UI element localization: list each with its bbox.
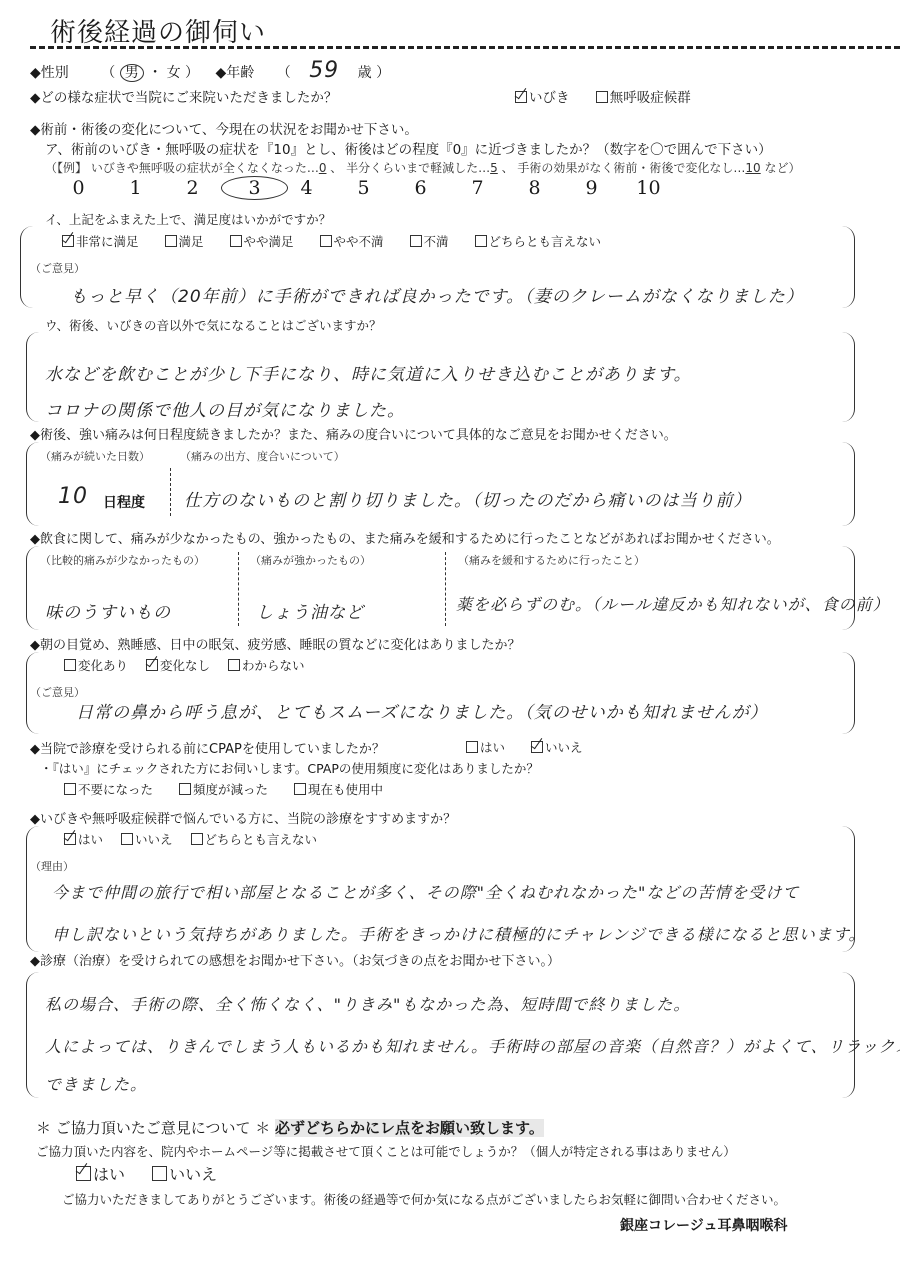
checkbox[interactable]	[320, 235, 332, 247]
checkbox[interactable]	[152, 1166, 167, 1181]
pain-degree-text[interactable]: 仕方のないものと割り切りました。（切ったのだから痛いのは当り前）	[184, 486, 752, 511]
bracket-left	[26, 442, 39, 526]
bracket-right	[842, 546, 855, 630]
food-col1-label: （比較的痛みが少なかったもの）	[40, 552, 205, 568]
food-col1-text[interactable]: 味のうすいもの	[45, 598, 171, 623]
other-concerns-answer-line-1[interactable]: 水などを飲むことが少し下手になり、時に気道に入りせき込むことがあります。	[45, 360, 692, 385]
scale-10[interactable]: 10	[620, 177, 677, 199]
scale-3-selected[interactable]: 3	[221, 176, 278, 200]
bracket-left	[26, 332, 39, 422]
change-subquestion: ア、術前のいびき・無呼吸の症状を『10』とし、術後はどの程度『0』に近づきました…	[45, 138, 772, 158]
cpap-question: ◆当院で診療を受けられる前にCPAPを使用していましたか？	[30, 738, 385, 757]
cpap-followup-option-unneeded[interactable]: 不要になった	[64, 780, 153, 798]
recommend-option-yes[interactable]: はい	[64, 830, 103, 848]
bracket-right	[842, 226, 855, 308]
checkbox-checked[interactable]	[531, 741, 543, 753]
rating-scale: 012345678910	[50, 176, 677, 200]
checkbox-checked[interactable]	[515, 91, 527, 103]
satisfaction-option-somewhat-satisfied[interactable]: やや満足	[230, 232, 294, 250]
symptom-option-snoring[interactable]: いびき	[515, 86, 570, 106]
scale-8[interactable]: 8	[506, 177, 563, 199]
gender-option-female[interactable]: 女	[167, 65, 181, 81]
column-divider	[238, 552, 239, 626]
reason-label: （理由）	[30, 858, 74, 874]
checkbox[interactable]	[191, 833, 203, 845]
age-unit: 歳	[358, 65, 372, 81]
pain-days-unit: 日程度	[103, 492, 145, 512]
satisfaction-option-very-satisfied[interactable]: 非常に満足	[62, 232, 139, 250]
checkbox-checked[interactable]	[64, 833, 76, 845]
consent-question: ご協力頂いた内容を、院内やホームページ等に掲載させて頂くことは可能でしょうか？（…	[36, 1142, 736, 1160]
bracket-left	[26, 972, 39, 1098]
basic-info-row: ◆性別 （ 男 ・ 女 ） ◆年齢 （ 59 歳 ）	[30, 58, 390, 83]
cpap-option-no[interactable]: いいえ	[531, 738, 583, 756]
column-divider	[445, 552, 446, 626]
checkbox[interactable]	[64, 783, 76, 795]
change-question: ◆術前・術後の変化について、今現在の状況をお聞かせ下さい。	[30, 118, 418, 138]
sleep-option-unknown[interactable]: わからない	[228, 656, 305, 674]
checkbox[interactable]	[466, 741, 478, 753]
clinic-name: 銀座コレージュ耳鼻咽喉科	[620, 1215, 787, 1235]
scale-7[interactable]: 7	[449, 177, 506, 199]
cpap-option-yes[interactable]: はい	[466, 738, 505, 756]
bracket-left	[26, 826, 39, 952]
consent-emphasis: 必ずどちらかにレ点をお願い致します。	[275, 1119, 544, 1137]
satisfaction-option-satisfied[interactable]: 満足	[165, 232, 204, 250]
pain-days-label: （痛みが続いた日数）	[40, 448, 150, 464]
impression-answer-line-2[interactable]: 人によっては、りきんでしまう人もいるかも知れません。手術時の部屋の音楽（自然音？…	[45, 1034, 900, 1057]
consent-heading: ＊ ご協力頂いたご意見について ＊ 必ずどちらかにレ点をお願い致します。	[36, 1117, 544, 1138]
scale-2[interactable]: 2	[164, 177, 221, 199]
other-concerns-answer-line-2[interactable]: コロナの関係で他人の目が気になりました。	[45, 396, 405, 421]
bracket-right	[842, 442, 855, 526]
opinion-label: （ご意見）	[30, 260, 85, 276]
other-concerns-question: ウ、術後、いびきの音以外で気になることはございますか？	[45, 316, 382, 334]
pain-question: ◆術後、強い痛みは何日程度続きましたか？また、痛みの度合いについて具体的なご意見…	[30, 424, 677, 443]
satisfaction-opinion-text[interactable]: もっと早く（20年前）に手術ができれば良かったです。（妻のクレームがなくなりまし…	[70, 282, 804, 307]
thanks-message: ご協力いただきましてありがとうございます。術後の経過等で何か気になる点がございま…	[62, 1190, 786, 1208]
satisfaction-options: 非常に満足 満足 やや満足 やや不満 不満 どちらとも言えない	[62, 232, 623, 250]
recommend-question: ◆いびきや無呼吸症候群で悩んでいる方に、当院の診療をすすめますか？	[30, 808, 456, 827]
food-col2-text[interactable]: しょう油など	[256, 598, 364, 623]
page-title: 術後経過の御伺い	[50, 12, 266, 49]
checkbox-checked[interactable]	[146, 659, 158, 671]
recommend-reason-line-2[interactable]: 申し訳ないという気持ちがありました。手術をきっかけに積極的にチャレンジできる様に…	[52, 922, 865, 945]
food-col3-label: （痛みを緩和するために行ったこと）	[458, 552, 645, 568]
symptom-option-apnea[interactable]: 無呼吸症候群	[596, 86, 691, 106]
checkbox[interactable]	[596, 91, 608, 103]
column-divider	[170, 468, 171, 516]
food-col3-text[interactable]: 薬を必らずのむ。（ルール違反かも知れないが、食の前）	[456, 592, 890, 615]
age-label: ◆年齢	[216, 65, 255, 81]
scale-6[interactable]: 6	[392, 177, 449, 199]
impression-answer-line-1[interactable]: 私の場合、手術の際、全く怖くなく、"りきみ"もなかった為、短時間で終りました。	[45, 992, 690, 1015]
recommend-options: はい いいえ どちらとも言えない	[64, 830, 339, 848]
sleep-question: ◆朝の目覚め、熟睡感、日中の眠気、疲労感、睡眠の質などに変化はありましたか？	[30, 634, 520, 653]
gender-label: ◆性別	[30, 65, 69, 81]
satisfaction-option-neither[interactable]: どちらとも言えない	[475, 232, 602, 250]
checkbox[interactable]	[179, 783, 191, 795]
cpap-options: はい いいえ	[466, 738, 605, 756]
food-col2-label: （痛みが強かったもの）	[250, 552, 371, 568]
checkbox[interactable]	[230, 235, 242, 247]
checkbox[interactable]	[121, 833, 133, 845]
cpap-followup-options: 不要になった 頻度が減った 現在も使用中	[64, 780, 405, 798]
checkbox-checked[interactable]	[62, 235, 74, 247]
age-field[interactable]: 59	[309, 58, 339, 83]
checkbox[interactable]	[165, 235, 177, 247]
change-example: （【例】 いびきや無呼吸の症状が全くなくなった…0 、 半分くらいまで軽減した……	[45, 159, 801, 176]
sleep-options: 変化あり 変化なし わからない	[64, 656, 327, 674]
impression-answer-line-3[interactable]: できました。	[45, 1072, 147, 1095]
cpap-followup-option-still-using[interactable]: 現在も使用中	[294, 780, 383, 798]
checkbox[interactable]	[410, 235, 422, 247]
gender-option-male[interactable]: 男	[120, 64, 144, 82]
checkbox[interactable]	[64, 659, 76, 671]
scale-9[interactable]: 9	[563, 177, 620, 199]
symptom-question: ◆どの様な症状で当院にご来院いただきましたか？	[30, 86, 337, 106]
symptom-options: いびき 無呼吸症候群	[515, 86, 713, 106]
sleep-option-changed[interactable]: 変化あり	[64, 656, 128, 674]
cpap-followup-option-reduced[interactable]: 頻度が減った	[179, 780, 268, 798]
satisfaction-question: イ、上記をふまえた上で、満足度はいかがですか？	[45, 210, 331, 228]
scale-5[interactable]: 5	[335, 177, 392, 199]
food-question: ◆飲食に関して、痛みが少なかったもの、強かったもの、また痛みを緩和するために行っ…	[30, 528, 780, 547]
bracket-left	[26, 546, 39, 630]
pain-days-field[interactable]: 10	[58, 484, 88, 509]
recommend-reason-line-1[interactable]: 今まで仲間の旅行で相い部屋となることが多く、その際"全くねむれなかった"などの苦…	[52, 880, 799, 903]
checkbox[interactable]	[294, 783, 306, 795]
pain-degree-label: （痛みの出方、度合いについて）	[180, 448, 345, 464]
satisfaction-option-dissatisfied[interactable]: 不満	[410, 232, 449, 250]
sleep-option-no-change[interactable]: 変化なし	[146, 656, 210, 674]
bracket-right	[842, 652, 855, 734]
title-divider	[30, 46, 900, 49]
consent-option-yes[interactable]: はい	[76, 1162, 125, 1185]
bracket-right	[842, 332, 855, 422]
impression-question: ◆診療（治療）を受けられての感想をお聞かせ下さい。（お気づきの点をお聞かせ下さい…	[30, 950, 560, 969]
consent-option-no[interactable]: いいえ	[152, 1162, 217, 1185]
consent-options: はい いいえ	[76, 1162, 239, 1185]
scale-1[interactable]: 1	[107, 177, 164, 199]
scale-0[interactable]: 0	[50, 177, 107, 199]
checkbox-checked[interactable]	[76, 1166, 91, 1181]
cpap-followup-question: ・『はい』にチェックされた方にお伺いします。CPAPの使用頻度に変化はありました…	[40, 759, 539, 777]
recommend-option-neither[interactable]: どちらとも言えない	[191, 830, 318, 848]
checkbox[interactable]	[228, 659, 240, 671]
sleep-opinion-text[interactable]: 日常の鼻から呼う息が、とてもスムーズになりました。（気のせいかも知れませんが）	[76, 698, 768, 723]
scale-4[interactable]: 4	[278, 177, 335, 199]
checkbox[interactable]	[475, 235, 487, 247]
recommend-option-no[interactable]: いいえ	[121, 830, 173, 848]
satisfaction-option-somewhat-dissatisfied[interactable]: やや不満	[320, 232, 384, 250]
